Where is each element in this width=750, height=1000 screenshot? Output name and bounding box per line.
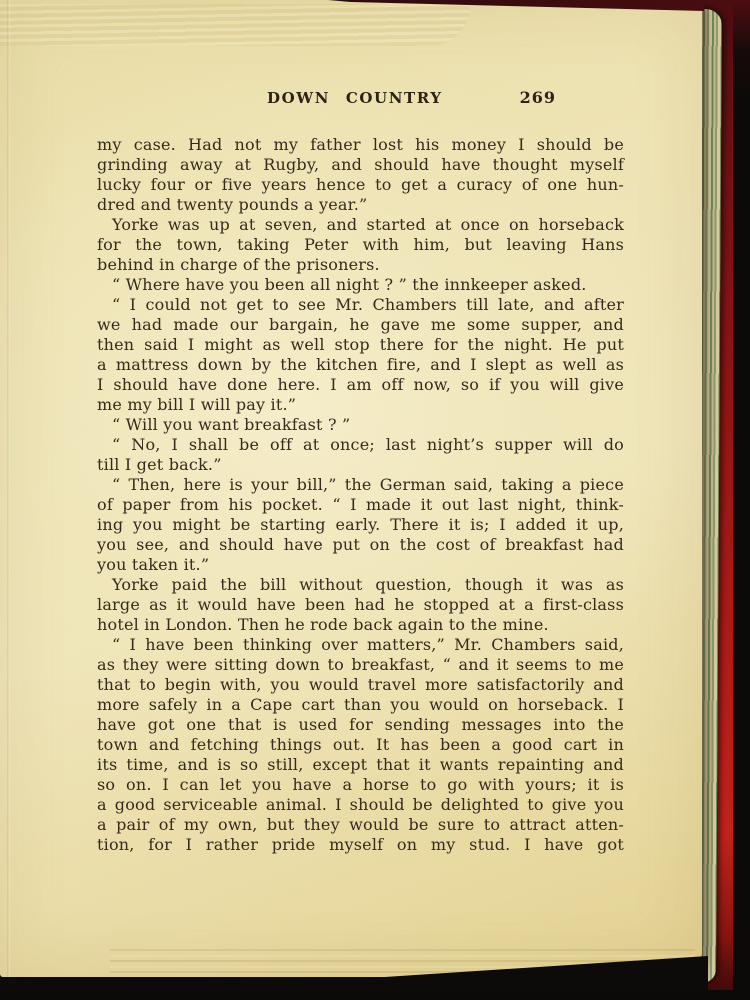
text-line: my case. Had not my father lost his mone… [97,135,624,155]
page-number: 269 [520,88,556,108]
backdrop-bottom-bar [0,990,750,1000]
text-line: hotel in London. Then he rode back again… [97,615,624,635]
text-line: you taken it.” [97,555,624,575]
printed-text-block: DOWN COUNTRY 269 my case. Had not my fat… [97,88,624,855]
text-line: “ Where have you been all night ? ” the … [97,275,624,295]
text-line: for the town, taking Peter with him, but… [97,235,624,255]
text-line: then said I might as well stop there for… [97,335,624,355]
text-line: “ Then, here is your bill,” the German s… [97,475,624,495]
text-line: that to begin with, you would travel mor… [97,675,624,695]
text-line: so on. I can let you have a horse to go … [97,775,624,795]
text-line: a mattress down by the kitchen fire, and… [97,355,624,375]
text-line: as they were sitting down to breakfast, … [97,655,624,675]
text-line: me my bill I will pay it.” [97,395,624,415]
text-line: more safely in a Cape cart than you woul… [97,695,624,715]
text-line: town and fetching things out. It has bee… [97,735,624,755]
text-line: “ I could not get to see Mr. Chambers ti… [97,295,624,315]
body-text: my case. Had not my father lost his mone… [97,135,624,855]
text-line: its time, and is so still, except that i… [97,755,624,775]
text-line: of paper from his pocket. “ I made it ou… [97,495,624,515]
text-line: behind in charge of the prisoners. [97,255,624,275]
paper-texture-streaks [0,4,470,46]
text-line: Yorke paid the bill without question, th… [97,575,624,595]
text-line: a pair of my own, but they would be sure… [97,815,624,835]
text-line: ing you might be starting early. There i… [97,515,624,535]
text-line: a good serviceable animal. I should be d… [97,795,624,815]
text-line: Yorke was up at seven, and started at on… [97,215,624,235]
text-line: large as it would have been had he stopp… [97,595,624,615]
text-line: dred and twenty pounds a year.” [97,195,624,215]
text-line: till I get back.” [97,455,624,475]
text-line: we had made our bargain, he gave me some… [97,315,624,335]
text-line: tion, for I rather pride myself on my st… [97,835,624,855]
text-line: “ I have been thinking over matters,” Mr… [97,635,624,655]
text-line: grinding away at Rugby, and should have … [97,155,624,175]
text-line: you see, and should have put on the cost… [97,535,624,555]
backdrop-right [733,0,750,1000]
paper-crease [7,0,11,977]
text-line: “ No, I shall be off at once; last night… [97,435,624,455]
book-photo: DOWN COUNTRY 269 my case. Had not my fat… [0,0,750,1000]
text-line: have got one that is used for sending me… [97,715,624,735]
running-header: DOWN COUNTRY 269 [97,88,624,114]
text-line: I should have done here. I am off now, s… [97,375,624,395]
text-line: lucky four or five years hence to get a … [97,175,624,195]
running-header-title: DOWN COUNTRY [267,88,443,108]
text-line: “ Will you want breakfast ? ” [97,415,624,435]
